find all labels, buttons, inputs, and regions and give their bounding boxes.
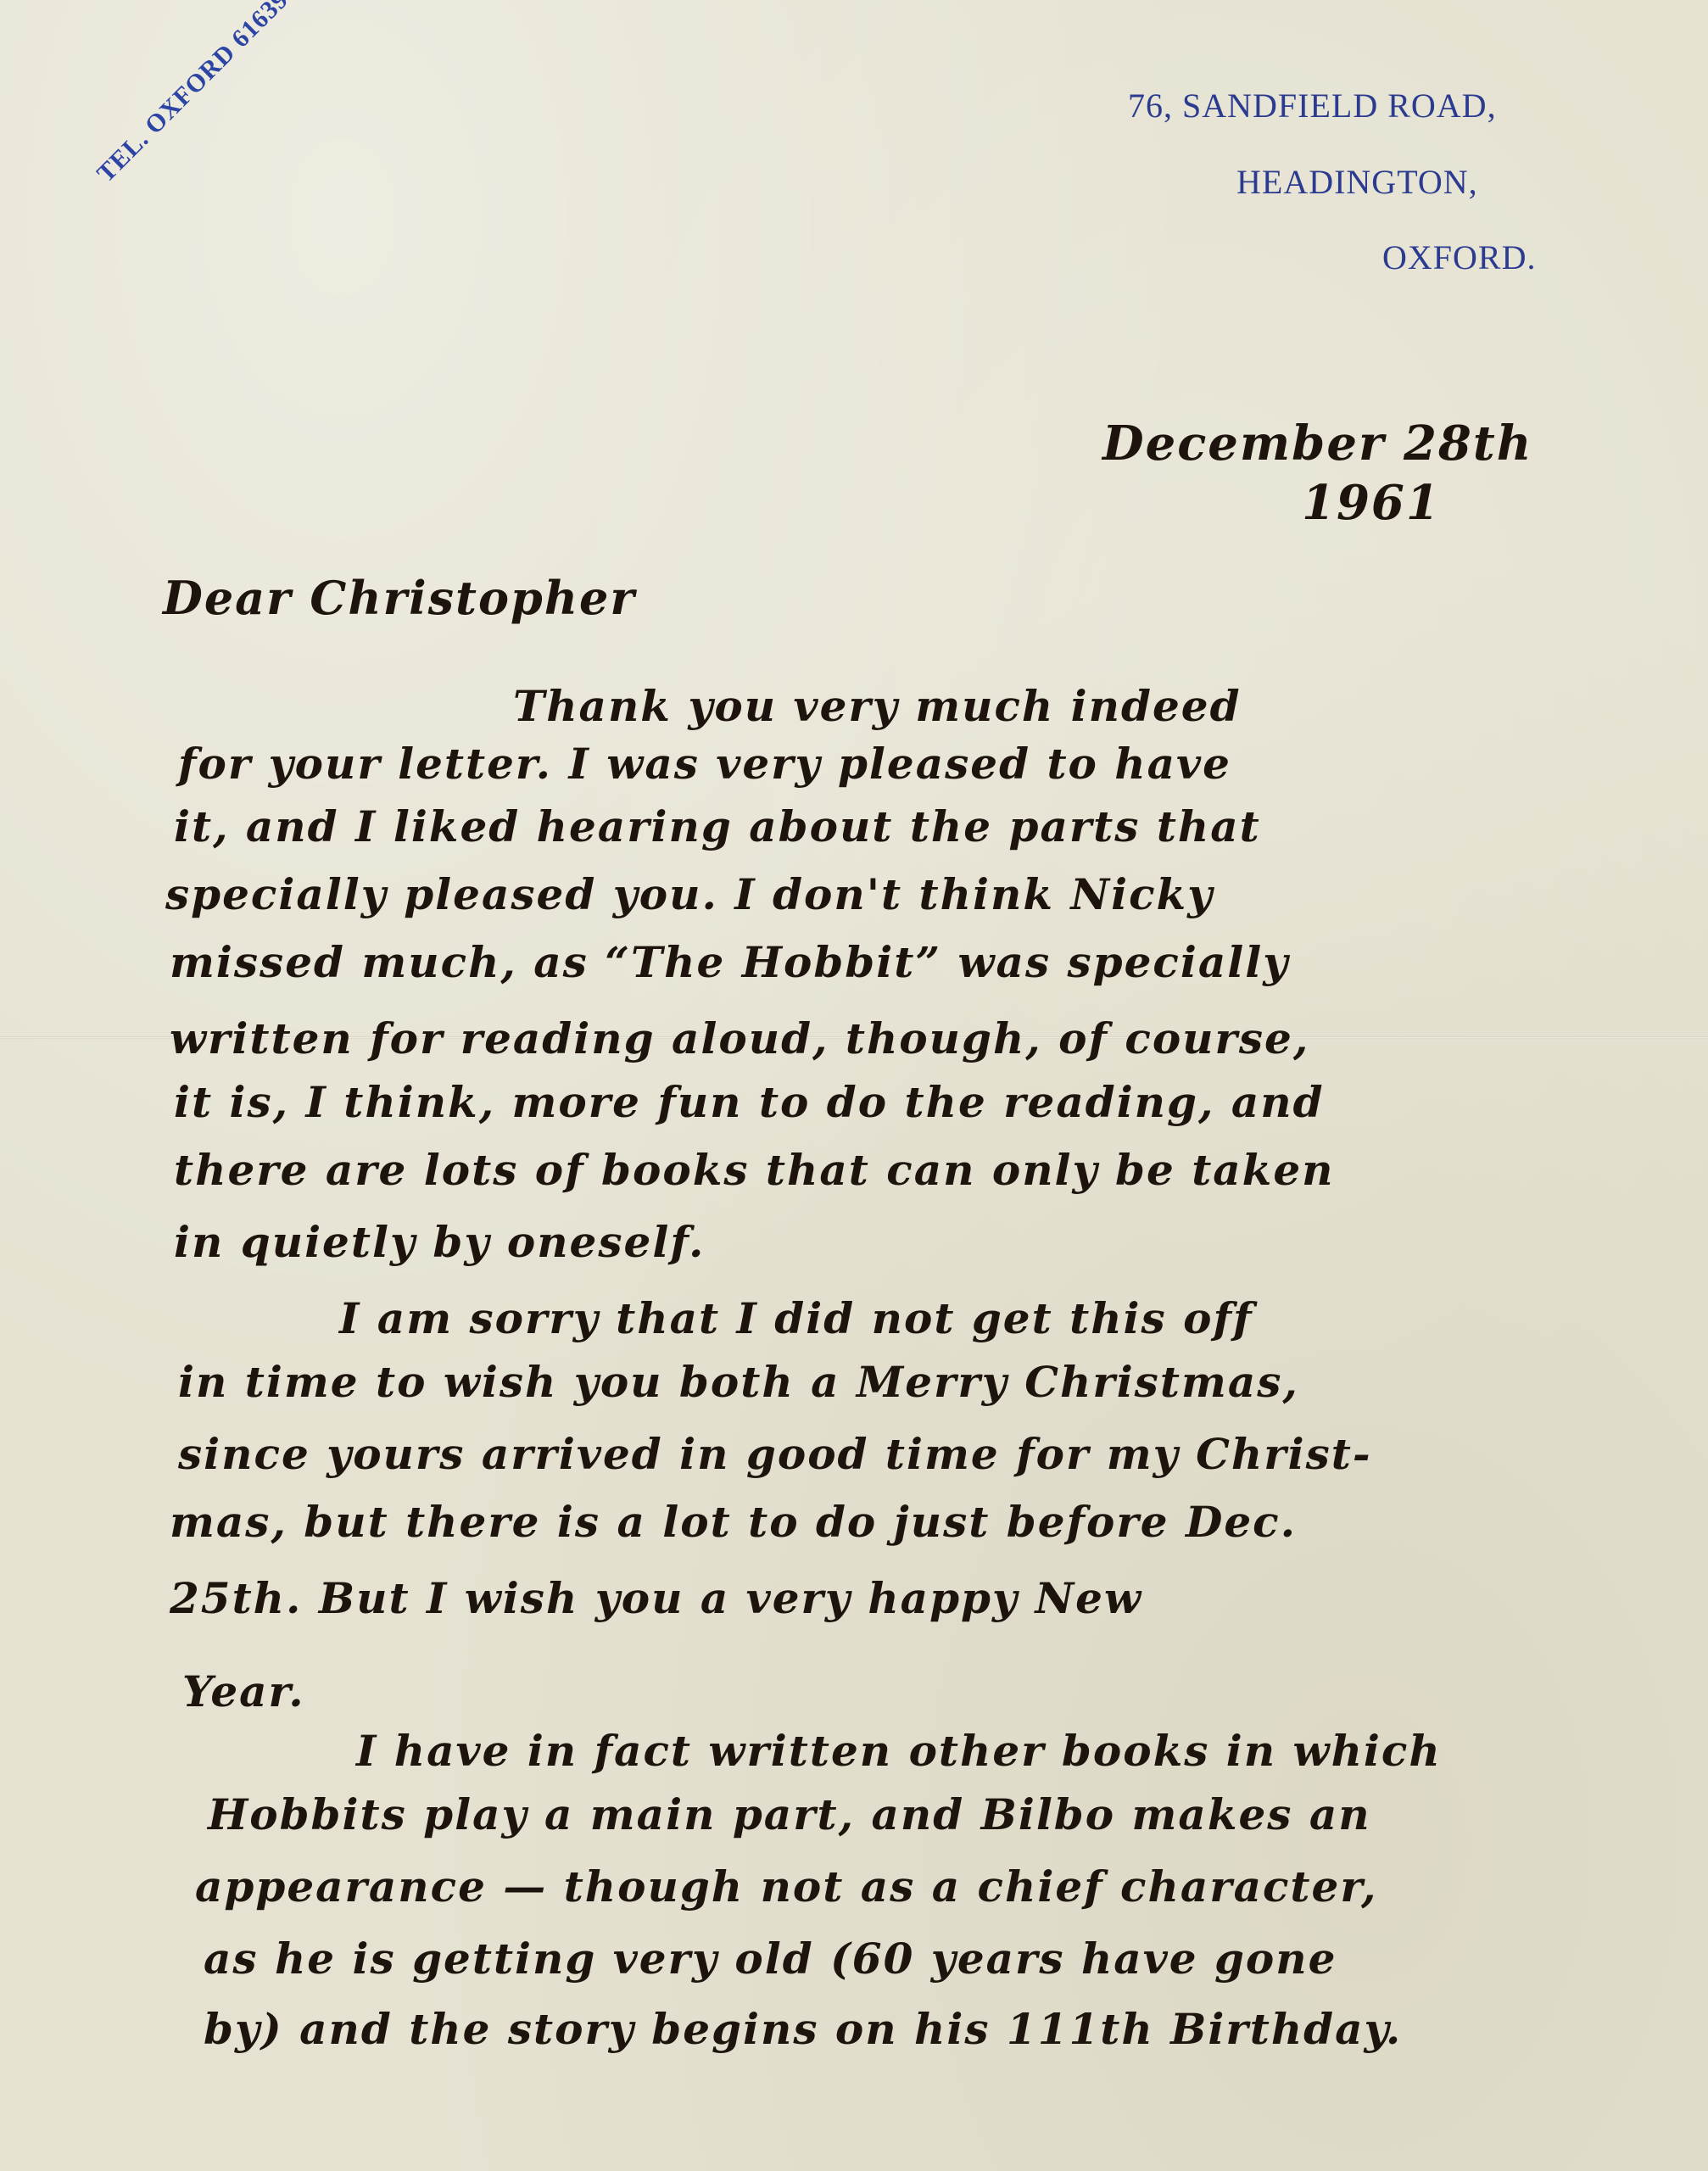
- body-line: it is, I think, more fun to do the readi…: [174, 1081, 1325, 1124]
- body-line: I have in fact written other books in wh…: [356, 1730, 1442, 1772]
- letterhead-address-street: 76, SANDFIELD ROAD,: [1128, 89, 1497, 123]
- body-line: I am sorry that I did not get this off: [339, 1298, 1253, 1340]
- body-line: written for reading aloud, though, of co…: [170, 1018, 1309, 1060]
- body-line: by) and the story begins on his 111th Bi…: [204, 2008, 1402, 2051]
- body-line: Thank you very much indeed: [513, 685, 1242, 728]
- body-line: missed much, as “The Hobbit” was special…: [170, 941, 1289, 984]
- body-line: specially pleased you. I don't think Nic…: [165, 873, 1214, 916]
- letter-date-year: 1961: [1302, 479, 1441, 527]
- salutation: Dear Christopher: [163, 575, 636, 621]
- body-line: it, and I liked hearing about the parts …: [174, 806, 1261, 848]
- letterhead-address-city: OXFORD.: [1382, 241, 1536, 275]
- body-line: in time to wish you both a Merry Christm…: [178, 1361, 1299, 1404]
- body-line: mas, but there is a lot to do just befor…: [170, 1501, 1297, 1543]
- body-line: Hobbits play a main part, and Bilbo make…: [208, 1794, 1371, 1836]
- telephone-stamp: TEL. OXFORD 61639.: [92, 0, 299, 187]
- body-line: 25th. But I wish you a very happy New: [170, 1577, 1142, 1620]
- body-line: Year.: [182, 1671, 305, 1713]
- letter-page: TEL. OXFORD 61639. 76, SANDFIELD ROAD, H…: [0, 0, 1708, 2171]
- body-line: since yours arrived in good time for my …: [178, 1433, 1372, 1476]
- letter-date-day: December 28th: [1102, 420, 1532, 467]
- body-line: for your letter. I was very pleased to h…: [178, 743, 1231, 785]
- body-line: in quietly by oneself.: [174, 1221, 705, 1264]
- body-line: there are lots of books that can only be…: [174, 1149, 1335, 1192]
- body-line: appearance — though not as a chief chara…: [195, 1866, 1377, 1908]
- body-line: as he is getting very old (60 years have…: [204, 1938, 1337, 1980]
- letterhead-address-district: HEADINGTON,: [1236, 165, 1478, 199]
